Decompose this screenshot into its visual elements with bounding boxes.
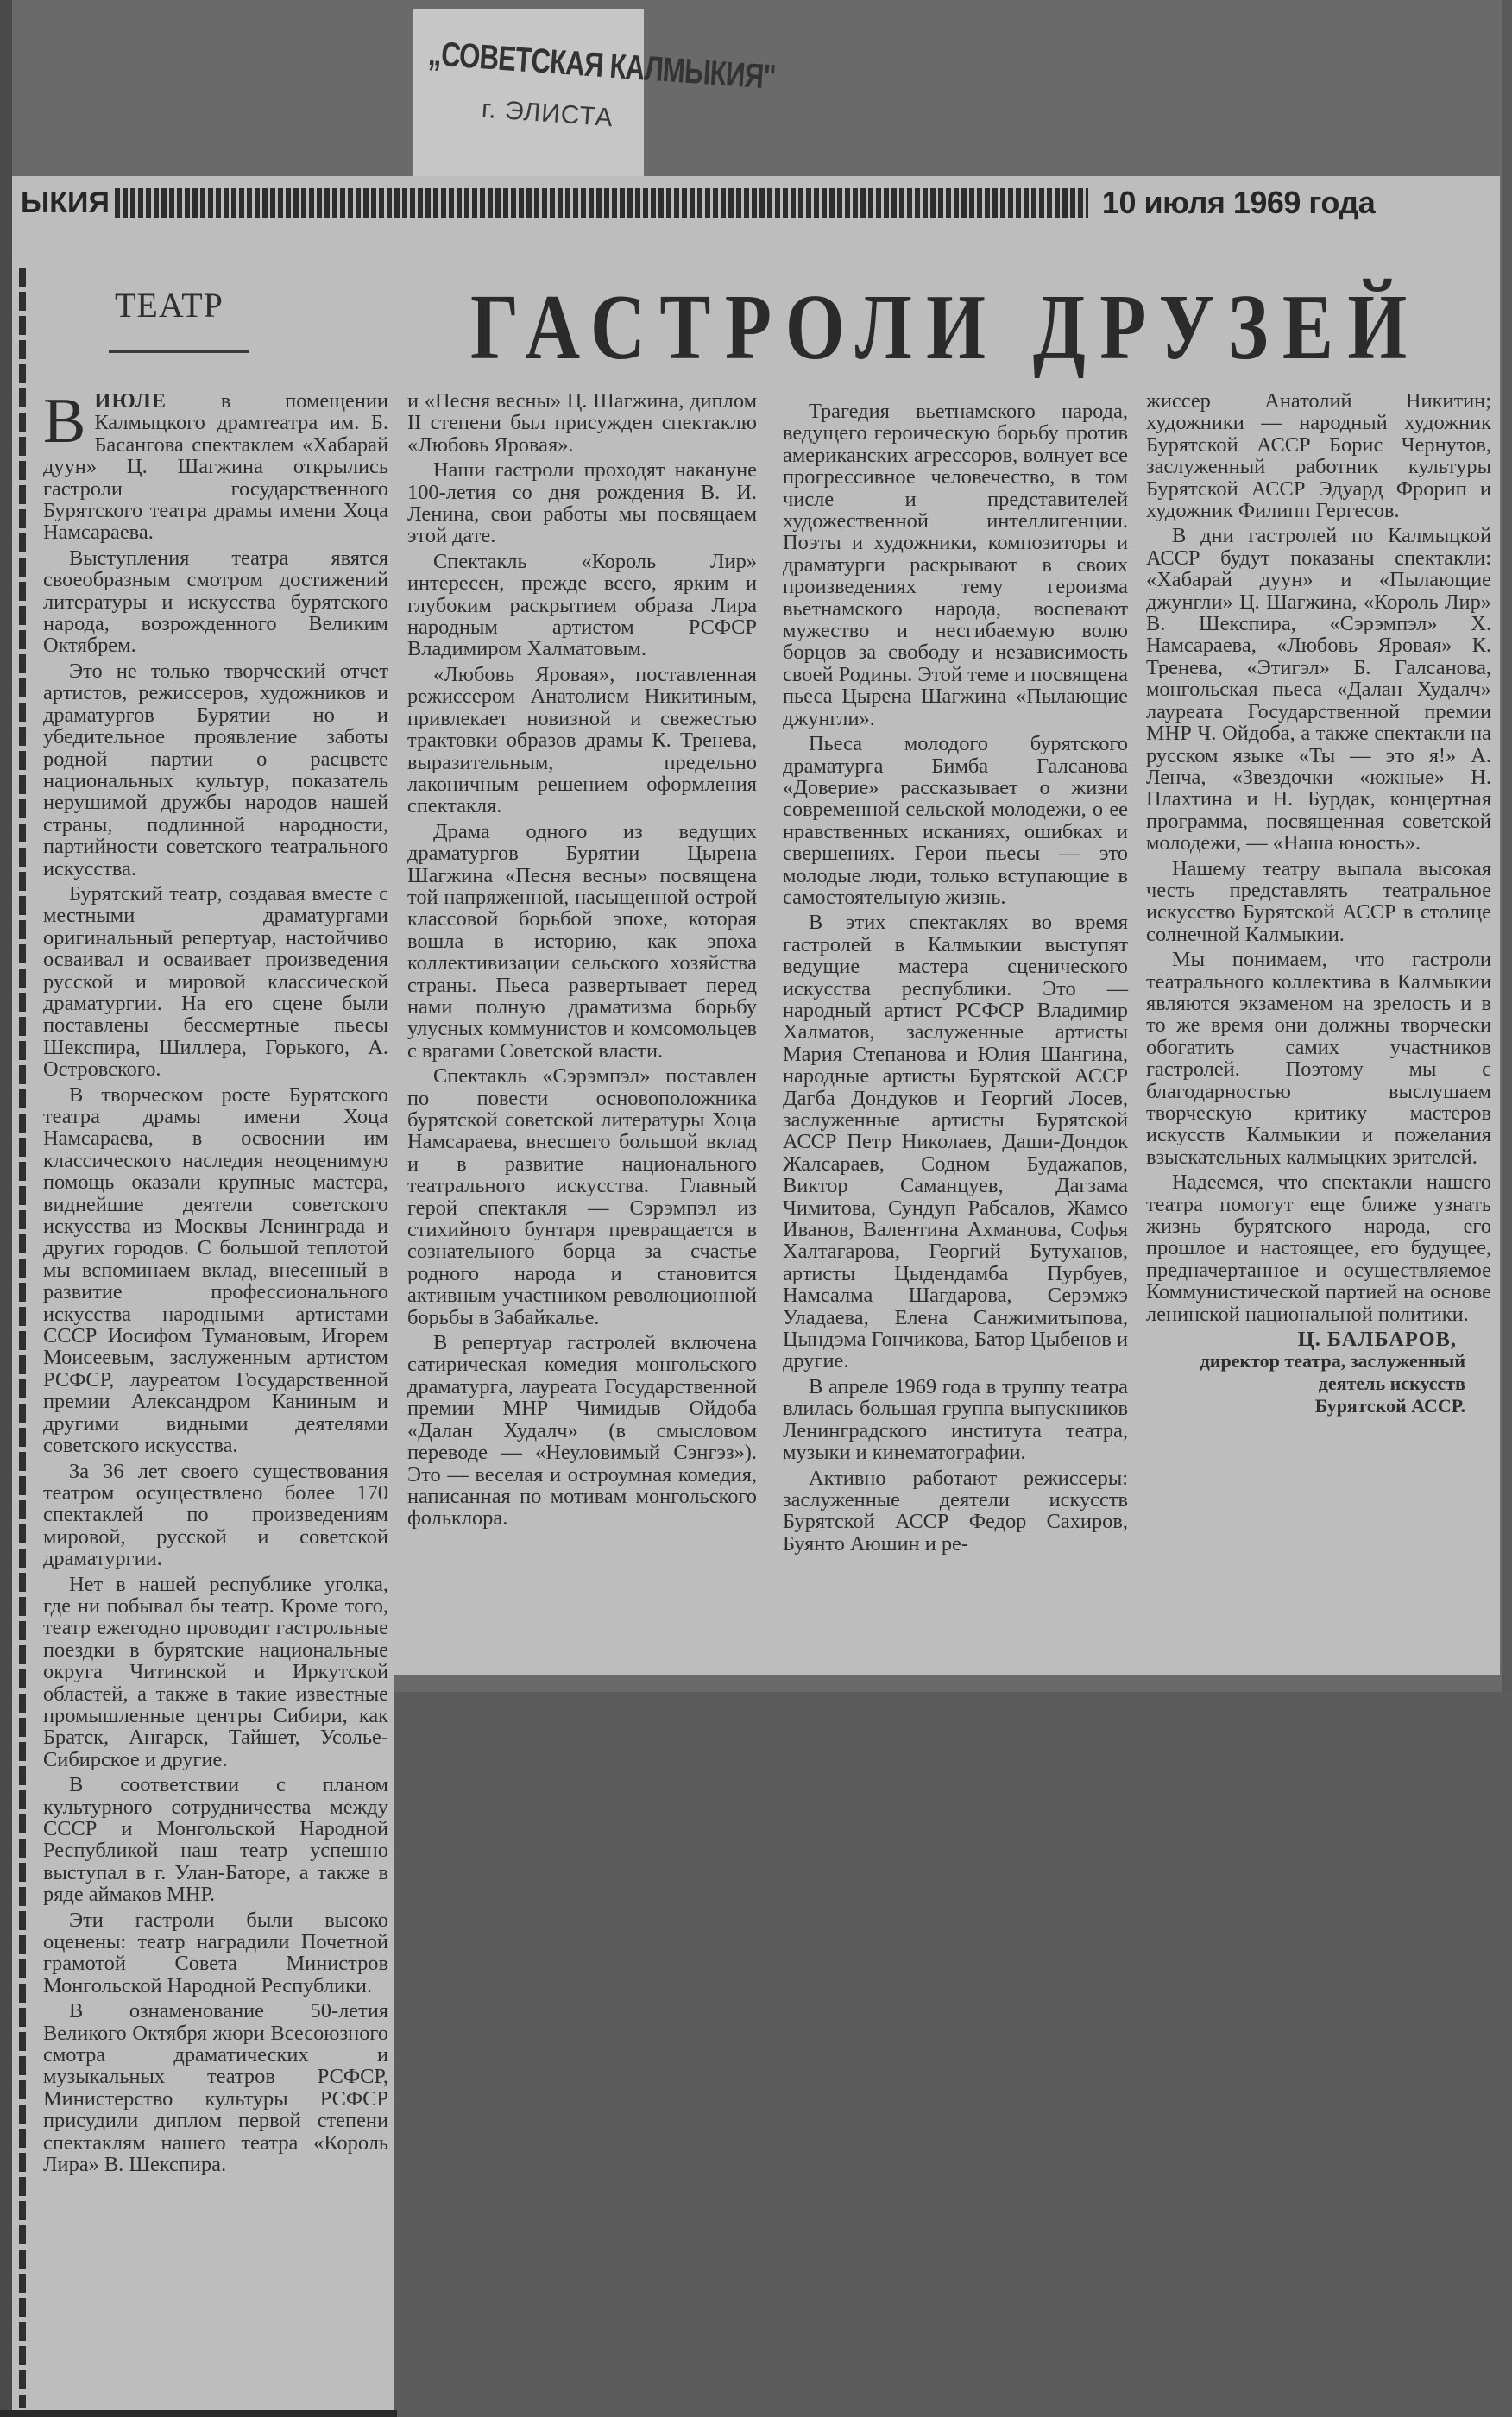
rubric-underline — [109, 350, 249, 353]
section-rubric: ТЕАТР — [115, 285, 224, 325]
background-area — [394, 1692, 1512, 2417]
lead-in-caps: ИЮЛЕ — [94, 389, 167, 413]
paragraph: «Любовь Яровая», поставленная режиссером… — [407, 664, 757, 817]
masthead-paper-name: ЫКИЯ — [21, 186, 110, 220]
paragraph: В этих спектаклях во время гастролей в К… — [783, 912, 1128, 1373]
background-edge — [0, 0, 12, 2417]
article-column-3: Трагедия вьетнамского народа, ведущего г… — [783, 401, 1128, 1558]
author-title-line: директор театра, заслуженный — [1146, 1350, 1465, 1373]
author-title: директор театра, заслуженный деятель иск… — [1146, 1350, 1491, 1417]
article-column-1: В ИЮЛЕ в помещении Калмыцкого драмтеатра… — [43, 390, 388, 2180]
archive-stamp: „СОВЕТСКАЯ КАЛМЫКИЯ" г. ЭЛИСТА — [413, 9, 644, 181]
paragraph: Нашему театру выпала высокая честь предс… — [1146, 858, 1491, 946]
masthead-rule — [115, 188, 1088, 218]
paragraph: Нет в нашей республике уголка, где ни по… — [43, 1574, 388, 1771]
paragraph: Спектакль «Сэрэмпэл» поставлен по повест… — [407, 1065, 757, 1328]
author-name: Ц. БАЛБАРОВ, — [1146, 1328, 1491, 1350]
article-column-2: и «Песня весны» Ц. Шагжина, диплом II ст… — [407, 390, 757, 1533]
paragraph: Бурятский театр, создавая вместе с местн… — [43, 883, 388, 1081]
paragraph: жиссер Анатолий Никитин; художники — нар… — [1146, 390, 1491, 521]
paragraph: Трагедия вьетнамского народа, ведущего г… — [783, 401, 1128, 729]
issue-date: 10 июля 1969 года — [1102, 185, 1375, 221]
paragraph: В дни гастролей по Калмыцкой АССР будут … — [1146, 525, 1491, 854]
paragraph: В ИЮЛЕ в помещении Калмыцкого драмтеатра… — [43, 390, 388, 544]
author-title-line: деятель искусств — [1146, 1373, 1465, 1395]
paragraph: Драма одного из ведущих драматургов Буря… — [407, 821, 757, 1062]
stamp-city: г. ЭЛИСТА — [481, 95, 614, 134]
paragraph: За 36 лет своего существования театром о… — [43, 1461, 388, 1570]
paragraph: и «Песня весны» Ц. Шагжина, диплом II ст… — [407, 390, 757, 456]
paragraph: В репертуар гастролей включена сатиричес… — [407, 1332, 757, 1530]
author-title-line: Бурятской АССР. — [1146, 1395, 1465, 1417]
stamp-newspaper-name: „СОВЕТСКАЯ КАЛМЫКИЯ" — [427, 35, 777, 98]
paragraph: В апреле 1969 года в труппу театра влила… — [783, 1376, 1128, 1464]
paragraph: Активно работают режиссеры: заслуженные … — [783, 1467, 1128, 1556]
paragraph: Наши гастроли проходят накануне 100-лети… — [407, 459, 757, 547]
paragraph: Спектакль «Король Лир» интересен, прежде… — [407, 551, 757, 660]
clipping-bottom-edge — [0, 2410, 397, 2417]
paragraph: В соответствии с планом культурного сотр… — [43, 1774, 388, 1905]
left-border-rule — [19, 268, 26, 2408]
paragraph: В ознаменование 50-летия Великого Октябр… — [43, 2000, 388, 2175]
paragraph: В творческом росте Бурятского театра дра… — [43, 1084, 388, 1457]
drop-cap: В — [43, 395, 85, 447]
article-column-4: жиссер Анатолий Никитин; художники — нар… — [1146, 390, 1491, 1417]
article-headline: ГАСТРОЛИ ДРУЗЕЙ — [470, 275, 1421, 382]
paragraph: Мы понимаем, что гастроли театрального к… — [1146, 949, 1491, 1168]
paragraph: Это не только творческий отчет артистов,… — [43, 660, 388, 880]
paragraph: Пьеса молодого бурятского драматурга Бим… — [783, 733, 1128, 908]
paragraph: Выступления театра явятся своеобразным с… — [43, 547, 388, 657]
paragraph-text: в помещении Калмыцкого драмтеатра им. Б.… — [43, 389, 388, 544]
paragraph: Надеемся, что спектакли нашего театра по… — [1146, 1171, 1491, 1325]
paragraph: Эти гастроли были высоко оценены: театр … — [43, 1909, 388, 1997]
masthead: ЫКИЯ 10 июля 1969 года — [21, 186, 1496, 220]
